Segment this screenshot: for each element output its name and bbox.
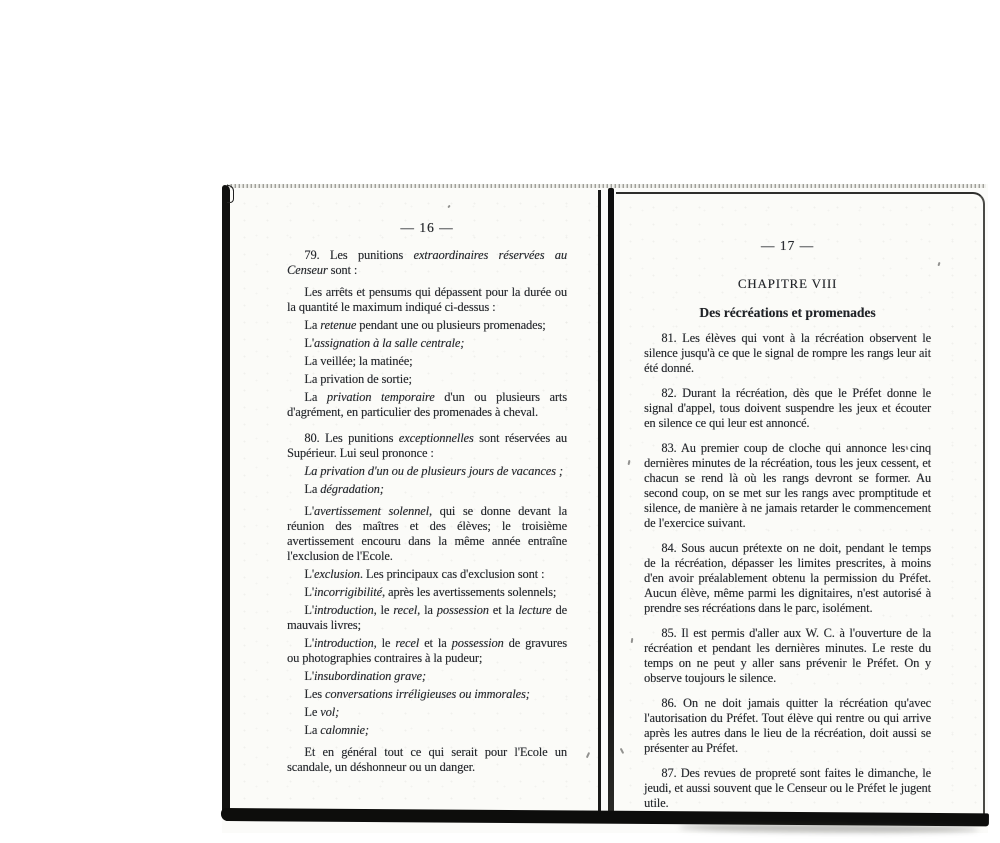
page-number-right: — 17 — — [644, 238, 931, 254]
paragraph: 80. Les punitions exceptionnelles sont r… — [287, 431, 567, 461]
paragraph: 79. Les punitions extraordinaires réserv… — [287, 248, 567, 278]
paragraph: Le vol; — [287, 705, 567, 720]
paragraph: 81. Les élèves qui vont à la récréation … — [644, 331, 931, 376]
paragraph: La privation de sortie; — [287, 372, 567, 387]
chapter-heading: CHAPITRE VIII — [644, 276, 931, 292]
section-title: Des récréations et promenades — [644, 305, 931, 321]
paragraph: Les arrêts et pensums qui dépassent pour… — [287, 285, 567, 315]
paragraph: L'incorrigibilité, après les avertisseme… — [287, 585, 567, 600]
paragraph: L'assignation à la salle centrale; — [287, 336, 567, 351]
paragraph: 85. Il est permis d'aller aux W. C. à l'… — [644, 626, 931, 686]
paragraph: 86. On ne doit jamais quitter la récréat… — [644, 696, 931, 756]
right-page-paragraphs: 81. Les élèves qui vont à la récréation … — [644, 331, 931, 811]
paragraph: L'introduction, le recel, la possession … — [287, 603, 567, 633]
paragraph: L'avertissement solennel, qui se donne d… — [287, 504, 567, 564]
paragraph: 87. Des revues de propreté sont faites l… — [644, 766, 931, 811]
paragraph: Et en général tout ce qui serait pour l'… — [287, 745, 567, 775]
paragraph: La privation temporaire d'un ou plusieur… — [287, 390, 567, 420]
book-gutter — [608, 188, 614, 820]
page-stack-top-edge — [227, 184, 986, 188]
right-page: — 17 — CHAPITRE VIII Des récréations et … — [616, 192, 985, 822]
paragraph: La veillée; la matinée; — [287, 354, 567, 369]
paragraph: L'introduction, le recel et la possessio… — [287, 636, 567, 666]
book-spine-left-edge — [222, 185, 230, 813]
left-page-paragraphs: 79. Les punitions extraordinaires réserv… — [287, 248, 567, 775]
paragraph: 83. Au premier coup de cloche qui annonc… — [644, 441, 931, 531]
paragraph: La privation d'un ou de plusieurs jours … — [287, 464, 567, 479]
paragraph: L'insubordination grave; — [287, 669, 567, 684]
paragraph: La retenue pendant une ou plusieurs prom… — [287, 318, 567, 333]
left-page: — 16 — 79. Les punitions extraordinaires… — [230, 190, 601, 812]
page-number-left: — 16 — — [287, 220, 567, 236]
paragraph: Les conversations irréligieuses ou immor… — [287, 687, 567, 702]
open-book: — 16 — 79. Les punitions extraordinaires… — [222, 184, 988, 833]
paragraph: La calomnie; — [287, 723, 567, 738]
paragraph: 82. Durant la récréation, dès que le Pré… — [644, 386, 931, 431]
paragraph: La dégradation; — [287, 482, 567, 497]
paragraph: 84. Sous aucun prétexte on ne doit, pend… — [644, 541, 931, 616]
book-scan: — 16 — 79. Les punitions extraordinaires… — [0, 0, 1000, 843]
paragraph: L'exclusion. Les principaux cas d'exclus… — [287, 567, 567, 582]
